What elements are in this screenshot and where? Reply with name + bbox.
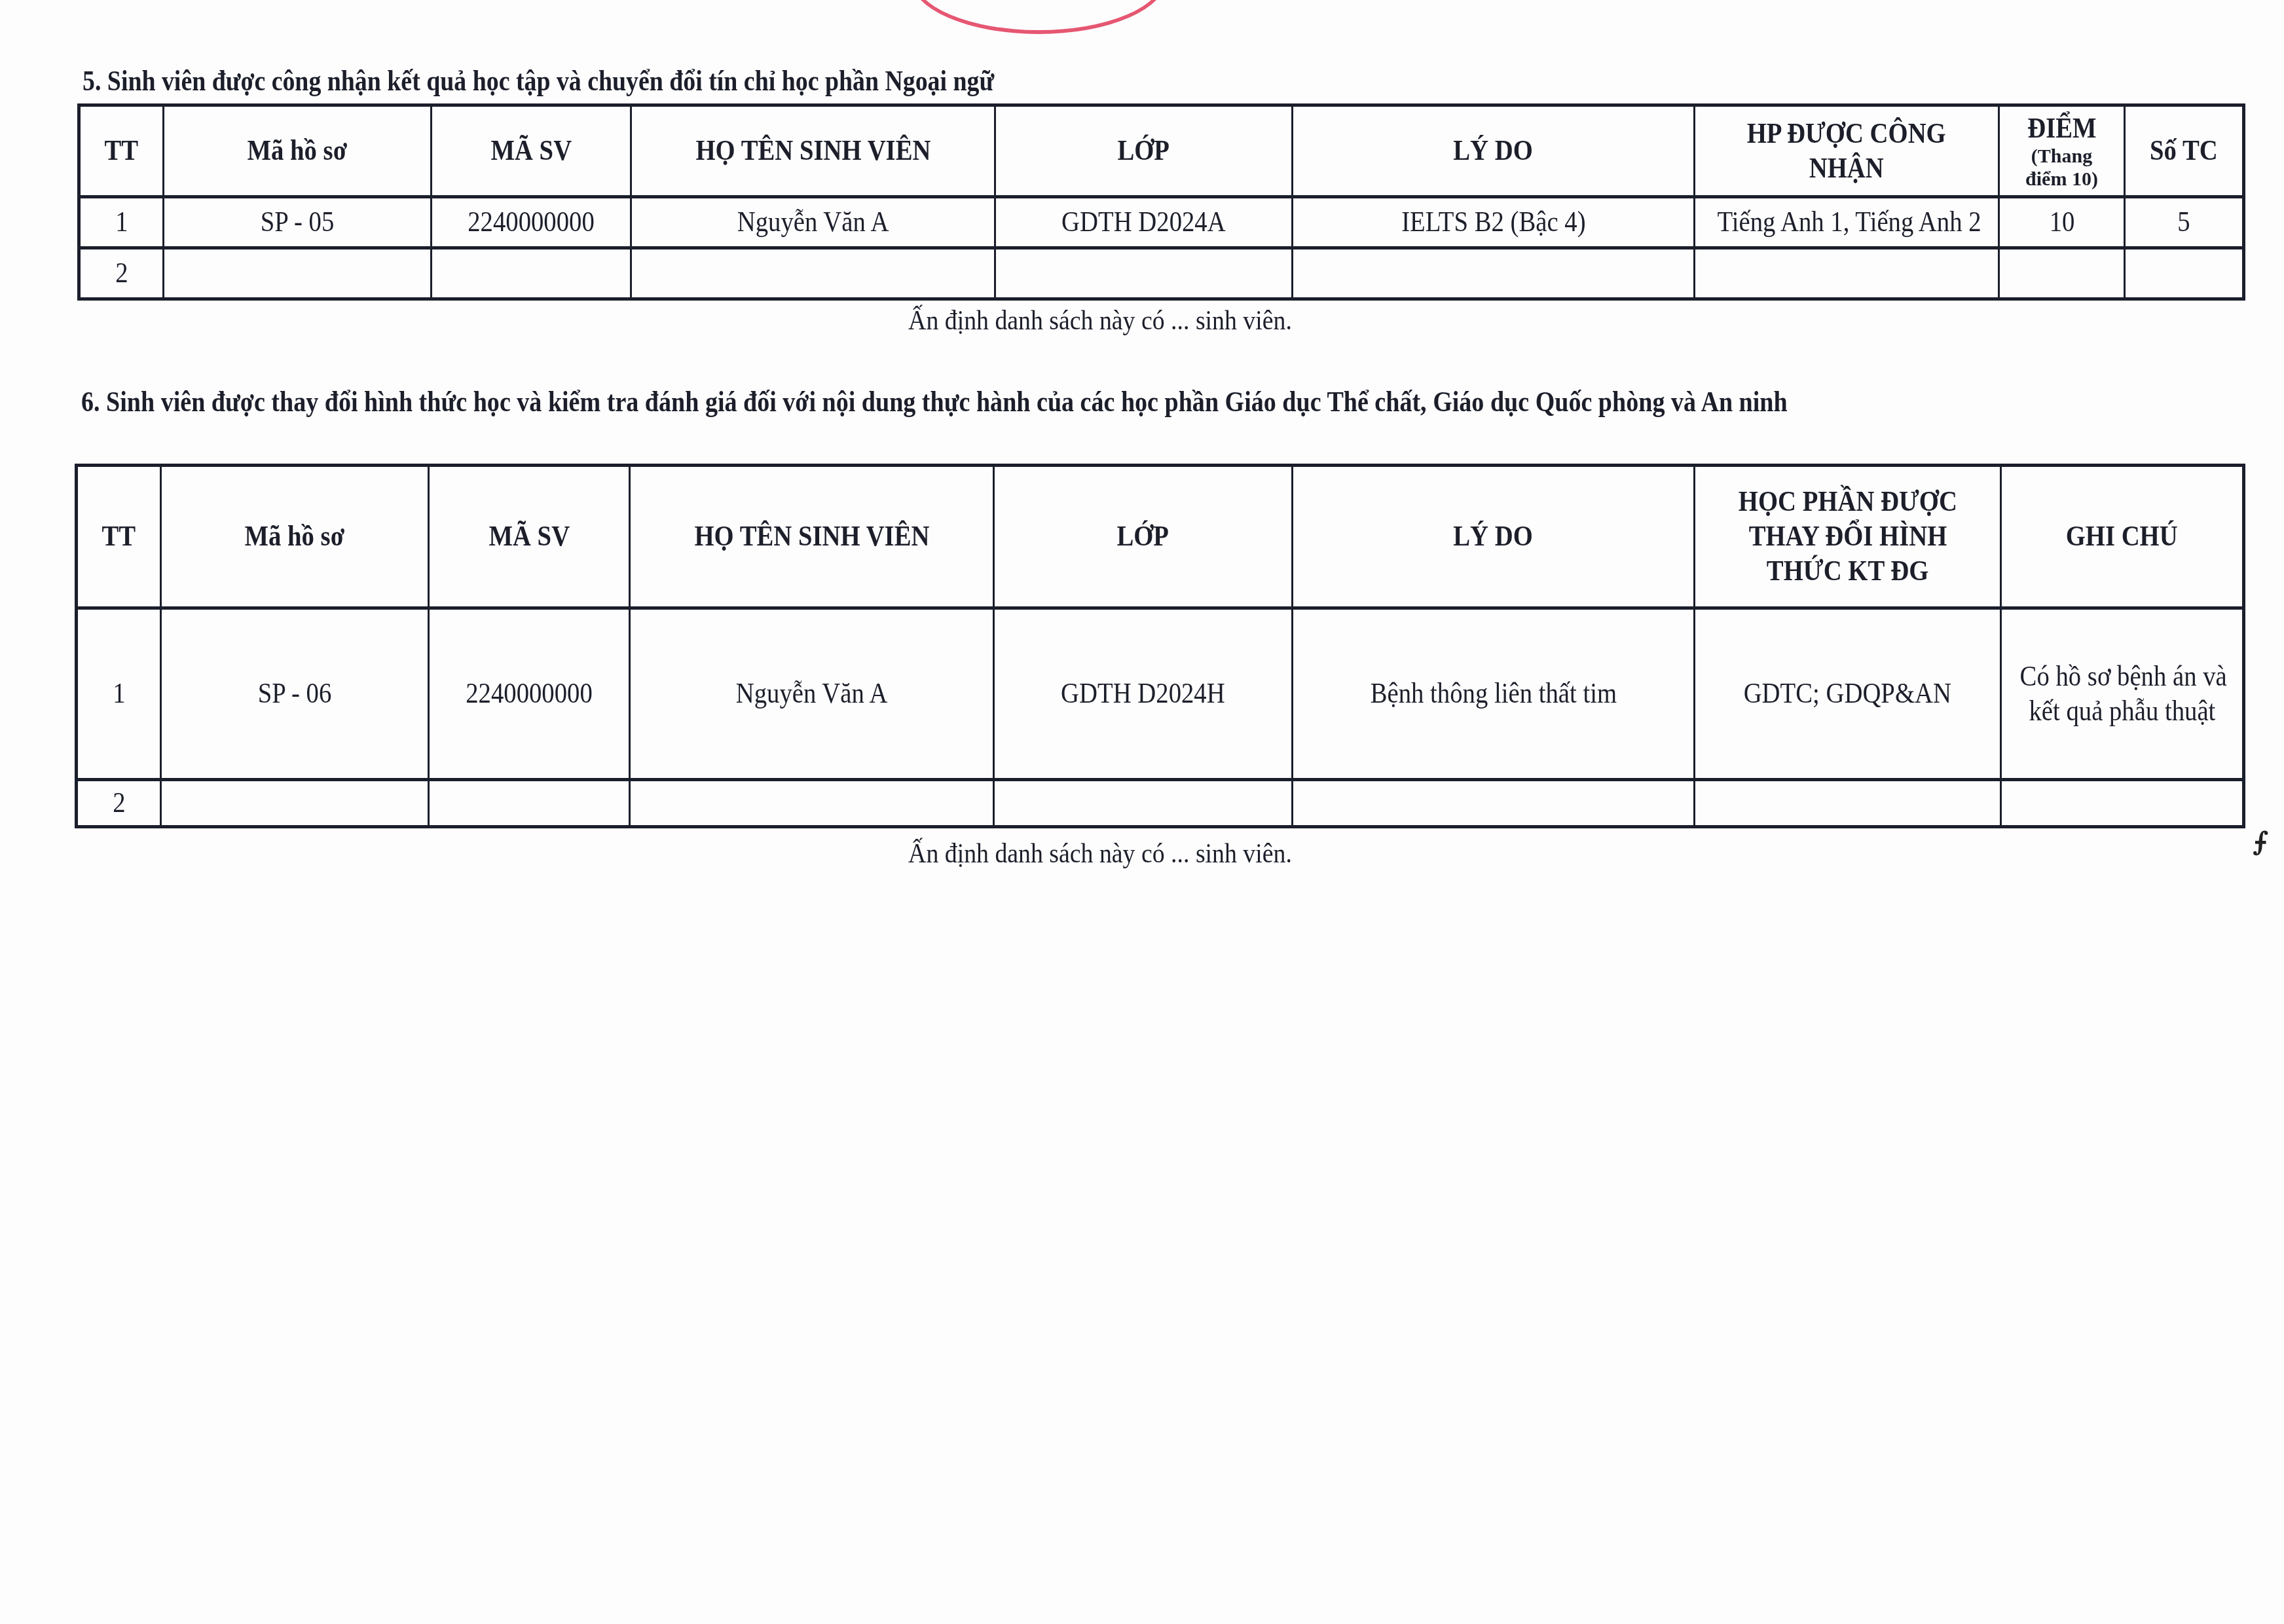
table-header-row: TT Mã hồ sơ MÃ SV HỌ TÊN SINH VIÊN LỚP L…	[77, 466, 2244, 608]
cell-tt: 2	[77, 780, 161, 827]
cell-lop	[994, 780, 1293, 827]
cell-ma-sv: 2240000000	[432, 197, 631, 248]
cell-hp-cong-nhan	[1695, 248, 1999, 299]
col-header-ho-ten: HỌ TÊN SINH VIÊN	[631, 105, 995, 197]
cell-lop: GDTH D2024A	[995, 197, 1293, 248]
cell-hp-cong-nhan: Tiếng Anh 1, Tiếng Anh 2	[1695, 197, 1999, 248]
cell-so-tc: 5	[2125, 197, 2244, 248]
section-5-heading: 5. Sinh viên được công nhận kết quả học …	[83, 64, 994, 98]
col-header-lop: LỚP	[994, 466, 1293, 608]
cell-lop: GDTH D2024H	[994, 608, 1293, 780]
col-header-ghi-chu: GHI CHÚ	[2001, 466, 2244, 608]
col-header-lop: LỚP	[995, 105, 1293, 197]
table-row: 2	[77, 780, 2244, 827]
cell-so-tc	[2125, 248, 2244, 299]
cell-ma-sv: 2240000000	[429, 608, 630, 780]
handwritten-margin-mark: ⨍	[2253, 826, 2268, 857]
col-header-ly-do: LÝ DO	[1293, 105, 1695, 197]
cell-diem: 10	[1999, 197, 2125, 248]
cell-ghi-chu: Có hồ sơ bệnh án và kết quả phẫu thuật	[2001, 608, 2244, 780]
cell-ho-ten: Nguyễn Văn A	[631, 197, 995, 248]
col-header-tt: TT	[77, 466, 161, 608]
table-row: 1 SP - 05 2240000000 Nguyễn Văn A GDTH D…	[79, 197, 2244, 248]
col-header-ma-sv: MÃ SV	[429, 466, 630, 608]
cell-ho-ten	[631, 248, 995, 299]
cell-ho-ten: Nguyễn Văn A	[630, 608, 994, 780]
cell-lop	[995, 248, 1293, 299]
cell-tt: 2	[79, 248, 164, 299]
cell-ly-do	[1293, 780, 1695, 827]
cell-hoc-phan: GDTC; GDQP&AN	[1695, 608, 2001, 780]
table-row: 2	[79, 248, 2244, 299]
col-header-hp-cong-nhan: HP ĐƯỢC CÔNG NHẬN	[1695, 105, 1999, 197]
cell-ly-do: IELTS B2 (Bậc 4)	[1293, 197, 1695, 248]
section-6-count-note: Ấn định danh sách này có ... sinh viên.	[770, 838, 1430, 870]
section-5-count-note: Ấn định danh sách này có ... sinh viên.	[770, 305, 1430, 337]
col-header-ho-ten: HỌ TÊN SINH VIÊN	[630, 466, 994, 608]
cell-ly-do	[1293, 248, 1695, 299]
table-header-row: TT Mã hồ sơ MÃ SV HỌ TÊN SINH VIÊN LỚP L…	[79, 105, 2244, 197]
foreign-language-credit-table: TT Mã hồ sơ MÃ SV HỌ TÊN SINH VIÊN LỚP L…	[77, 103, 2245, 301]
cell-hoc-phan	[1695, 780, 2001, 827]
col-header-ma-ho-so: Mã hồ sơ	[161, 466, 429, 608]
col-header-tt: TT	[79, 105, 164, 197]
cell-ho-ten	[630, 780, 994, 827]
cell-ma-sv	[432, 248, 631, 299]
col-header-hoc-phan: HỌC PHẦN ĐƯỢC THAY ĐỔI HÌNH THỨC KT ĐG	[1695, 466, 2001, 608]
cell-diem	[1999, 248, 2125, 299]
cell-ly-do: Bệnh thông liên thất tim	[1293, 608, 1695, 780]
col-header-ma-sv: MÃ SV	[432, 105, 631, 197]
cell-ma-ho-so: SP - 06	[161, 608, 429, 780]
cell-ghi-chu	[2001, 780, 2244, 827]
col-header-ma-ho-so: Mã hồ sơ	[164, 105, 432, 197]
cell-ma-sv	[429, 780, 630, 827]
col-header-diem: ĐIỂM (Thang điểm 10)	[1999, 105, 2125, 197]
section-6-heading: 6. Sinh viên được thay đổi hình thức học…	[81, 385, 1788, 418]
cell-tt: 1	[77, 608, 161, 780]
cell-tt: 1	[79, 197, 164, 248]
cell-ma-ho-so: SP - 05	[164, 197, 432, 248]
cell-ma-ho-so	[161, 780, 429, 827]
cell-ma-ho-so	[164, 248, 432, 299]
table-row: 1 SP - 06 2240000000 Nguyễn Văn A GDTH D…	[77, 608, 2244, 780]
col-header-so-tc: Số TC	[2125, 105, 2244, 197]
assessment-change-table: TT Mã hồ sơ MÃ SV HỌ TÊN SINH VIÊN LỚP L…	[75, 464, 2245, 828]
col-header-ly-do: LÝ DO	[1293, 466, 1695, 608]
